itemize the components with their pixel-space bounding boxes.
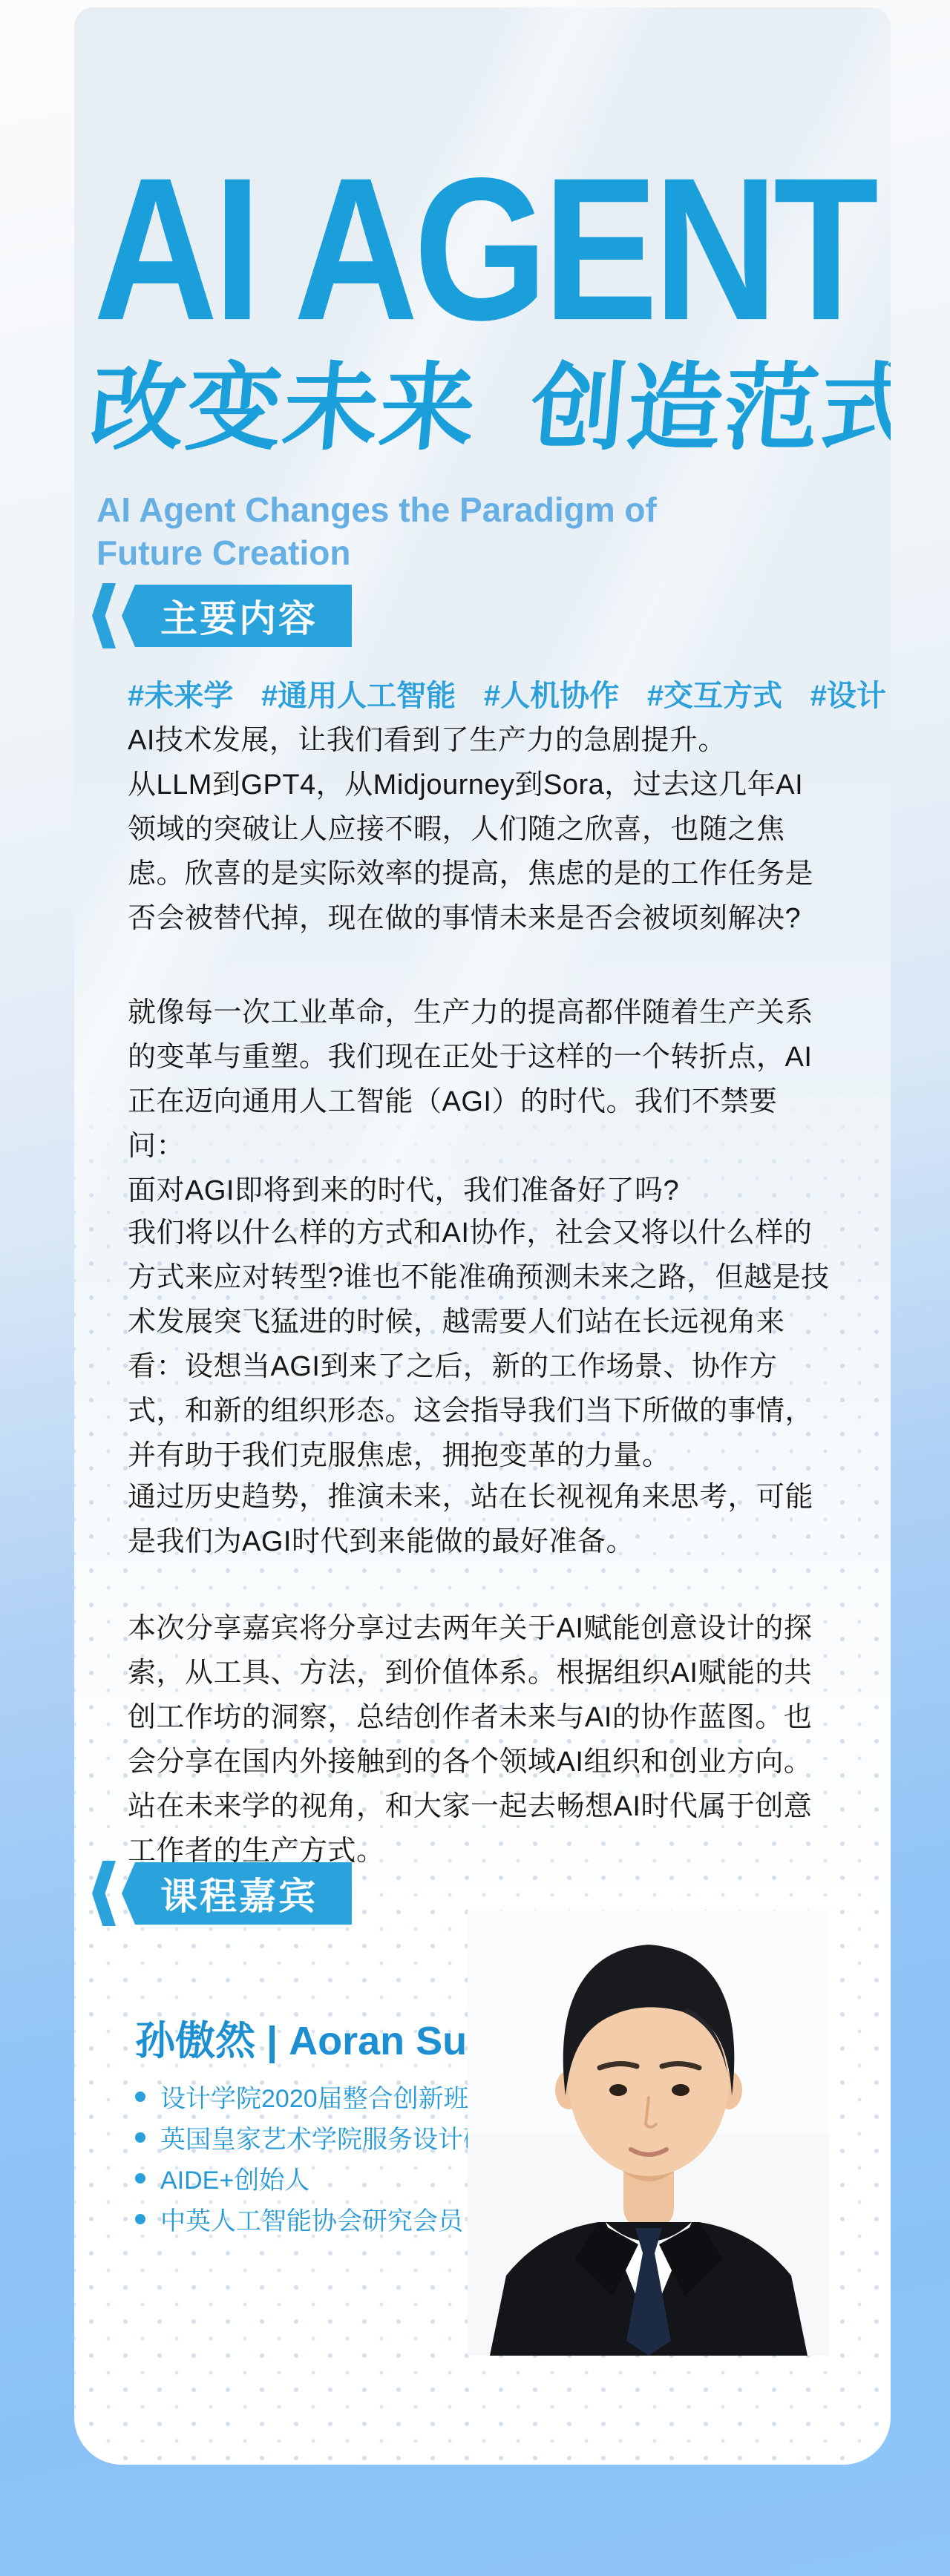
body-paragraph-5: 本次分享嘉宾将分享过去两年关于AI赋能创意设计的探索，从工具、方法，到价值体系。… [128, 1606, 831, 1873]
hashtag-agi: #通用人工智能 [261, 672, 456, 714]
hashtag-interaction: #交互方式 [647, 672, 782, 714]
chevron-left-icon [92, 583, 116, 648]
poster-title: AI AGENT [94, 148, 874, 352]
poster-card: AI AGENT 改变未来 创造范式 AI Agent Changes the … [74, 7, 891, 2465]
body-paragraph-2: 就像每一次工业革命，生产力的提高都伴随着生产关系的变革与重塑。我们现在正处于这样… [128, 990, 831, 1213]
event-poster: AI AGENT 改变未来 创造范式 AI Agent Changes the … [0, 0, 950, 2576]
body-paragraph-3: 我们将以什么样的方式和AI协作，社会又将以什么样的方式来应对转型?谁也不能准确预… [128, 1211, 831, 1478]
credential-label: 设计学院2020届整合创新班校友 [160, 2078, 520, 2115]
section-badge-main-content: 主要内容 [122, 585, 352, 647]
chevron-left-icon [92, 1861, 116, 1926]
credential-label: AIDE+创始人 [160, 2160, 309, 2196]
poster-subtitle-en: AI Agent Changes the Paradigm of Future … [96, 488, 657, 574]
speaker-portrait-illustration [468, 1910, 829, 2356]
section-header-main-content: 主要内容 [92, 583, 352, 648]
hashtag-design: #设计 [810, 672, 886, 714]
hashtag-row: #未来学 #通用人工智能 #人机协作 #交互方式 #设计 [128, 672, 886, 714]
body-paragraph-4: 通过历史趋势，推演未来，站在长视视角来思考，可能是我们为AGI时代到来能做的最好… [128, 1475, 831, 1564]
speaker-name: 孙傲然 | Aoran Sun [135, 2009, 491, 2066]
body-paragraph-1: AI技术发展，让我们看到了生产力的急剧提升。 从LLM到GPT4，从Midjou… [128, 718, 831, 941]
section-badge-speaker: 课程嘉宾 [122, 1862, 352, 1925]
bullet-dot-icon [135, 2214, 145, 2224]
bullet-dot-icon [135, 2132, 145, 2143]
credential-label: 中英人工智能协会研究会员 [160, 2201, 463, 2237]
hashtag-futurology: #未来学 [128, 672, 233, 714]
bullet-dot-icon [135, 2092, 145, 2102]
section-header-speaker: 课程嘉宾 [92, 1861, 352, 1926]
poster-subtitle-cn: 改变未来 创造范式 [86, 359, 891, 459]
hashtag-human-machine: #人机协作 [484, 672, 619, 714]
speaker-photo [468, 1910, 829, 2356]
bullet-dot-icon [135, 2173, 145, 2184]
